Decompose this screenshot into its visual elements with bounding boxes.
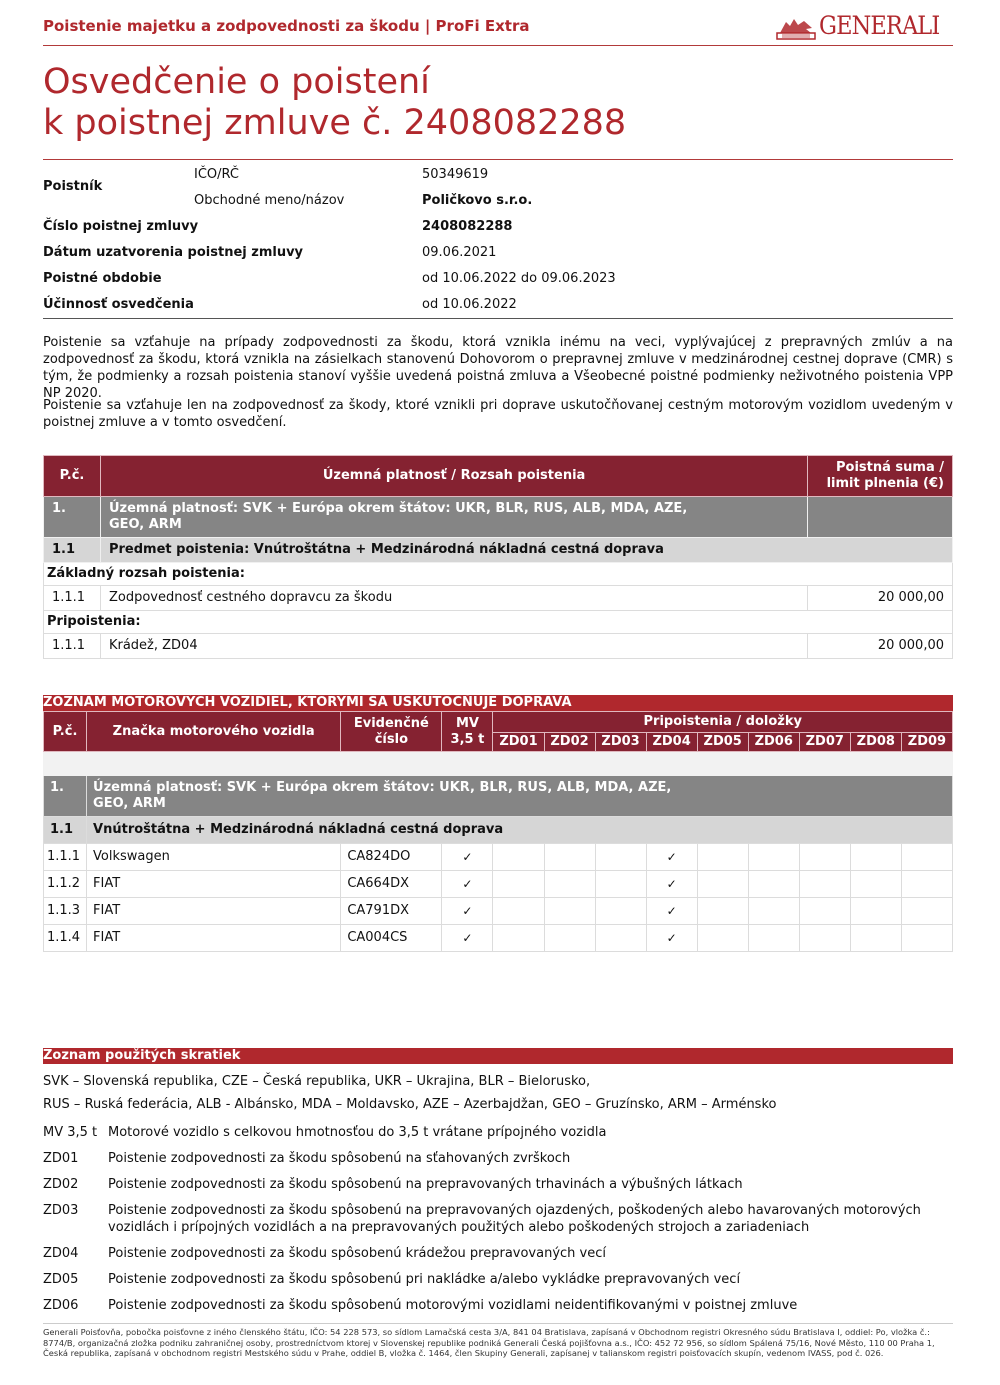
col-zd03: ZD03 xyxy=(595,733,646,752)
table-row: 1.1.1 Zodpovednosť cestného dopravcu za … xyxy=(44,586,953,611)
zd-check-cell xyxy=(697,898,748,925)
vehicle-row: 1.1.2FIATCA664DX✓✓ xyxy=(44,871,953,898)
page-header: Poistenie majetku a zodpovednosti za ško… xyxy=(43,14,953,46)
col-zd04: ZD04 xyxy=(646,733,697,752)
vehicle-brand: FIAT xyxy=(87,871,341,898)
title-divider xyxy=(43,159,953,160)
zd-check-cell xyxy=(799,871,850,898)
definition-item: ZD04Poistenie zodpovednosti za škodu spô… xyxy=(43,1245,953,1262)
zd-check-cell xyxy=(748,898,799,925)
info-row-contract: Číslo poistnej zmluvy 2408082288 xyxy=(43,214,953,240)
vehicle-plate: CA004CS xyxy=(341,925,442,952)
col-brand: Značka motorového vozidla xyxy=(87,712,341,752)
zd-check-cell: ✓ xyxy=(646,871,697,898)
zd-check-cell: ✓ xyxy=(646,844,697,871)
definition-item: ZD03Poistenie zodpovednosti za škodu spô… xyxy=(43,1202,953,1236)
insurance-period-value: od 10.06.2022 do 09.06.2023 xyxy=(422,271,616,286)
scope-paragraph: Poistenie sa vzťahuje len na zodpovednos… xyxy=(43,397,953,431)
zd-check-cell xyxy=(799,844,850,871)
col-scope: Územná platnosť / Rozsah poistenia xyxy=(100,456,807,497)
ico-label: IČO/RČ xyxy=(194,167,239,182)
definition-text: Poistenie zodpovednosti za škodu spôsobe… xyxy=(108,1297,953,1314)
title-line-2: k poistnej zmluve č. 2408082288 xyxy=(43,103,626,143)
contract-number-value: 2408082288 xyxy=(422,219,512,234)
zd-check-cell xyxy=(493,871,544,898)
zd-check-cell xyxy=(697,871,748,898)
row-sum: 20 000,00 xyxy=(808,634,953,659)
row-name: Zodpovednosť cestného dopravcu za škodu xyxy=(100,586,807,611)
vehicle-plate: CA791DX xyxy=(341,898,442,925)
generali-logo: GENERALI xyxy=(776,12,953,40)
territory-no: 1. xyxy=(44,497,101,538)
zd-check-cell xyxy=(493,844,544,871)
vehicles-header-row-1: P.č. Značka motorového vozidla Evidenčné… xyxy=(44,712,953,733)
vehicle-row: 1.1.1VolkswagenCA824DO✓✓ xyxy=(44,844,953,871)
validity-label: Účinnosť osvedčenia xyxy=(43,297,194,312)
zd-check-cell: ✓ xyxy=(646,925,697,952)
spacer-row xyxy=(44,752,953,776)
col-sum: Poistná suma / limit plnenia (€) xyxy=(808,456,953,497)
contract-number-label: Číslo poistnej zmluvy xyxy=(43,219,198,234)
mv-check-cell: ✓ xyxy=(442,844,493,871)
validity-value: od 10.06.2022 xyxy=(422,297,517,312)
zd-check-cell xyxy=(697,925,748,952)
definition-text: Poistenie zodpovednosti za škodu spôsobe… xyxy=(108,1176,953,1193)
vehicle-row: 1.1.3FIATCA791DX✓✓ xyxy=(44,898,953,925)
zd-check-cell xyxy=(544,844,595,871)
zd-check-cell xyxy=(799,898,850,925)
zd-check-cell xyxy=(544,898,595,925)
company-name-label: Obchodné meno/názov xyxy=(194,193,344,208)
zd-check-cell xyxy=(493,925,544,952)
definition-code: ZD06 xyxy=(43,1297,78,1314)
zd-check-cell xyxy=(901,844,952,871)
definition-text: Poistenie zodpovednosti za škodu spôsobe… xyxy=(108,1150,953,1167)
info-row-ico: IČO/RČ 50349619 xyxy=(43,162,953,188)
zd-check-cell xyxy=(901,871,952,898)
col-zd09: ZD09 xyxy=(901,733,952,752)
zd-check-cell xyxy=(850,871,901,898)
coverage-header-row: P.č. Územná platnosť / Rozsah poistenia … xyxy=(44,456,953,497)
mv-check-cell: ✓ xyxy=(442,871,493,898)
territory-row: 1. Územná platnosť: SVK + Európa okrem š… xyxy=(44,776,953,817)
zd-check-cell xyxy=(697,844,748,871)
col-plate: Evidenčné číslo xyxy=(341,712,442,752)
table-row: 1.1.1 Krádež, ZD04 20 000,00 xyxy=(44,634,953,659)
col-zd01: ZD01 xyxy=(493,733,544,752)
definition-text: Poistenie zodpovednosti za škodu spôsobe… xyxy=(108,1202,953,1236)
coverage-paragraph: Poistenie sa vzťahuje na prípady zodpove… xyxy=(43,334,953,402)
subject-text: Predmet poistenia: Vnútroštátna + Medzin… xyxy=(100,538,952,563)
riders-header: Pripoistenia: xyxy=(44,611,953,634)
zd-check-cell xyxy=(595,898,646,925)
zd-check-cell xyxy=(799,925,850,952)
territory-no: 1. xyxy=(44,776,87,817)
logo-wordmark: GENERALI xyxy=(819,12,939,40)
conclusion-date-label: Dátum uzatvorenia poistnej zmluvy xyxy=(43,245,303,260)
definition-text: Poistenie zodpovednosti za škodu spôsobe… xyxy=(108,1245,953,1262)
basic-scope-label: Základný rozsah poistenia: xyxy=(44,563,953,586)
zd-check-cell xyxy=(901,925,952,952)
zd-check-cell xyxy=(748,871,799,898)
mv-check-cell: ✓ xyxy=(442,898,493,925)
vehicle-brand: FIAT xyxy=(87,898,341,925)
definition-code: ZD03 xyxy=(43,1202,78,1219)
col-riders: Pripoistenia / doložky xyxy=(493,712,953,733)
definition-item: ZD02Poistenie zodpovednosti za škodu spô… xyxy=(43,1176,953,1193)
coverage-table: P.č. Územná platnosť / Rozsah poistenia … xyxy=(43,455,953,659)
legal-footer: Generali Poisťovňa, pobočka poisťovne z … xyxy=(43,1323,953,1359)
subject-no: 1.1 xyxy=(44,538,101,563)
vehicle-brand: FIAT xyxy=(87,925,341,952)
definitions-list: MV 3,5 tMotorové vozidlo s celkovou hmot… xyxy=(43,1124,953,1323)
zd-check-cell xyxy=(850,898,901,925)
row-no: 1.1.1 xyxy=(44,634,101,659)
row-no: 1.1.1 xyxy=(44,586,101,611)
col-zd08: ZD08 xyxy=(850,733,901,752)
riders-label: Pripoistenia: xyxy=(44,611,953,634)
vehicle-row: 1.1.4FIATCA004CS✓✓ xyxy=(44,925,953,952)
zd-check-cell xyxy=(748,925,799,952)
vehicle-plate: CA824DO xyxy=(341,844,442,871)
subject-row: 1.1 Vnútroštátna + Medzinárodná nákladná… xyxy=(44,817,953,844)
insurance-period-label: Poistné obdobie xyxy=(43,271,162,286)
basic-scope-header: Základný rozsah poistenia: xyxy=(44,563,953,586)
col-zd06: ZD06 xyxy=(748,733,799,752)
col-zd05: ZD05 xyxy=(697,733,748,752)
row-sum: 20 000,00 xyxy=(808,586,953,611)
subject-row: 1.1 Predmet poistenia: Vnútroštátna + Me… xyxy=(44,538,953,563)
mv-check-cell: ✓ xyxy=(442,925,493,952)
info-row-name: Obchodné meno/názov Poličkovo s.r.o. xyxy=(43,188,953,214)
col-no: P.č. xyxy=(44,456,101,497)
zd-check-cell xyxy=(595,844,646,871)
territory-text: Územná platnosť: SVK + Európa okrem štát… xyxy=(87,776,953,817)
row-name: Krádež, ZD04 xyxy=(100,634,807,659)
col-no: P.č. xyxy=(44,712,87,752)
policy-info: Poistník IČO/RČ 50349619 Obchodné meno/n… xyxy=(43,162,953,319)
zd-check-cell xyxy=(544,871,595,898)
col-zd07: ZD07 xyxy=(799,733,850,752)
countries-line-2: RUS – Ruská federácia, ALB - Albánsko, M… xyxy=(43,1097,776,1112)
zd-check-cell xyxy=(493,898,544,925)
definition-text: Motorové vozidlo s celkovou hmotnosťou d… xyxy=(108,1124,953,1141)
vehicle-no: 1.1.2 xyxy=(44,871,87,898)
abbreviations-title: Zoznam použitých skratiek xyxy=(43,1048,953,1064)
definition-code: ZD01 xyxy=(43,1150,78,1167)
zd-check-cell xyxy=(901,898,952,925)
vehicle-brand: Volkswagen xyxy=(87,844,341,871)
document-title: Osvedčenie o poistení k poistnej zmluve … xyxy=(43,62,626,144)
product-title: Poistenie majetku a zodpovednosti za ško… xyxy=(43,17,529,35)
zd-check-cell xyxy=(544,925,595,952)
definition-text: Poistenie zodpovednosti za škodu spôsobe… xyxy=(108,1271,953,1288)
info-row-validity: Účinnosť osvedčenia od 10.06.2022 xyxy=(43,292,953,318)
definition-item: MV 3,5 tMotorové vozidlo s celkovou hmot… xyxy=(43,1124,953,1141)
vehicle-no: 1.1.1 xyxy=(44,844,87,871)
definition-item: ZD05Poistenie zodpovednosti za škodu spô… xyxy=(43,1271,953,1288)
definition-code: ZD04 xyxy=(43,1245,78,1262)
definition-code: ZD02 xyxy=(43,1176,78,1193)
ico-value: 50349619 xyxy=(422,167,488,182)
countries-line-1: SVK – Slovenská republika, CZE – Česká r… xyxy=(43,1074,590,1089)
vehicles-table: P.č. Značka motorového vozidla Evidenčné… xyxy=(43,711,953,952)
lion-icon xyxy=(776,16,816,40)
territory-text: Územná platnosť: SVK + Európa okrem štát… xyxy=(100,497,807,538)
zd-check-cell xyxy=(850,844,901,871)
vehicles-section-title: ZOZNAM MOTOROVÝCH VOZIDIEL, KTORÝMI SA U… xyxy=(43,695,953,711)
vehicle-plate: CA664DX xyxy=(341,871,442,898)
zd-check-cell xyxy=(850,925,901,952)
definition-code: ZD05 xyxy=(43,1271,78,1288)
title-line-1: Osvedčenie o poistení xyxy=(43,62,430,102)
vehicle-no: 1.1.4 xyxy=(44,925,87,952)
territory-row: 1. Územná platnosť: SVK + Európa okrem š… xyxy=(44,497,953,538)
col-mv: MV 3,5 t xyxy=(442,712,493,752)
zd-check-cell: ✓ xyxy=(646,898,697,925)
definition-item: ZD06Poistenie zodpovednosti za škodu spô… xyxy=(43,1297,953,1314)
info-row-date: Dátum uzatvorenia poistnej zmluvy 09.06.… xyxy=(43,240,953,266)
zd-check-cell xyxy=(595,871,646,898)
subject-no: 1.1 xyxy=(44,817,87,844)
definition-code: MV 3,5 t xyxy=(43,1124,97,1141)
conclusion-date-value: 09.06.2021 xyxy=(422,245,496,260)
info-row-period: Poistné obdobie od 10.06.2022 do 09.06.2… xyxy=(43,266,953,292)
zd-check-cell xyxy=(748,844,799,871)
zd-check-cell xyxy=(595,925,646,952)
col-zd02: ZD02 xyxy=(544,733,595,752)
company-name-value: Poličkovo s.r.o. xyxy=(422,193,532,208)
definition-item: ZD01Poistenie zodpovednosti za škodu spô… xyxy=(43,1150,953,1167)
subject-text: Vnútroštátna + Medzinárodná nákladná ces… xyxy=(87,817,953,844)
vehicle-no: 1.1.3 xyxy=(44,898,87,925)
